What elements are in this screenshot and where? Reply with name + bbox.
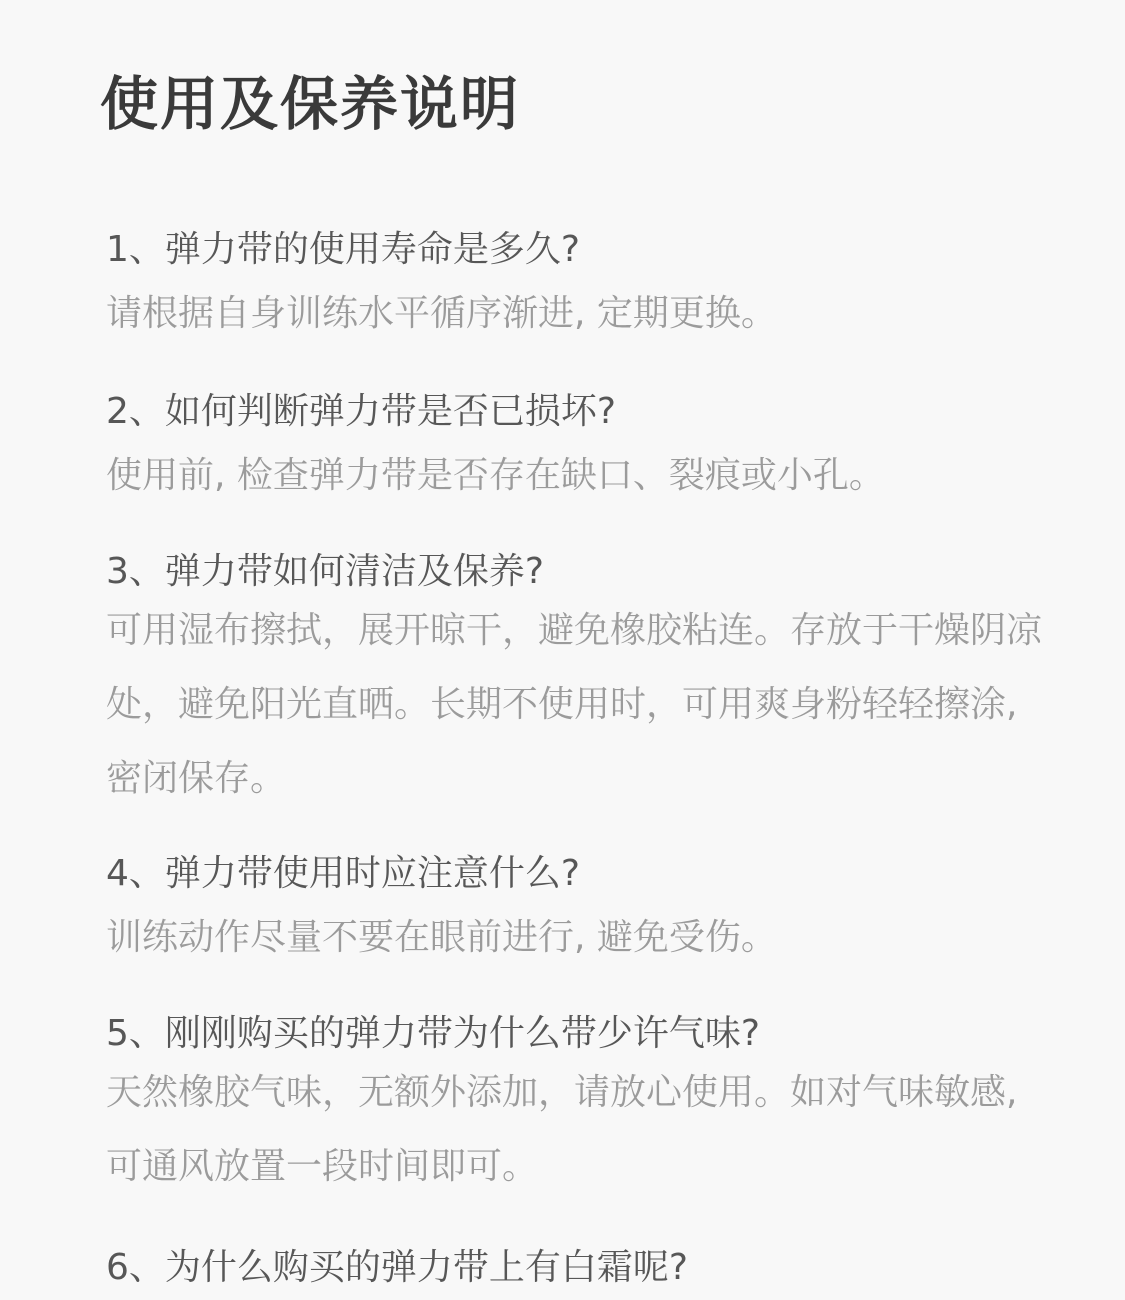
answer-5: 天然橡胶气味，无额外添加，请放心使用。如对气味敏感, 可通风放置一段时间即可。 [106,1056,1056,1204]
answer-2: 使用前, 检查弹力带是否存在缺口、裂痕或小孔。 [106,452,1056,500]
qa-item-3: 3、弹力带如何清洁及保养? 可用湿布擦拭，展开晾干，避免橡胶粘连。存放于干燥阴凉… [106,548,1056,816]
qa-item-6: 6、为什么购买的弹力带上有白霜呢? [106,1244,1056,1292]
qa-item-1: 1、弹力带的使用寿命是多久? 请根据自身训练水平循序渐进, 定期更换。 [106,226,1056,338]
qa-item-5: 5、刚刚购买的弹力带为什么带少许气味? 天然橡胶气味，无额外添加，请放心使用。如… [106,1010,1056,1204]
question-5: 5、刚刚购买的弹力带为什么带少许气味? [106,1010,1056,1058]
question-3: 3、弹力带如何清洁及保养? [106,548,1056,596]
question-4: 4、弹力带使用时应注意什么? [106,850,1056,898]
qa-item-2: 2、如何判断弹力带是否已损坏? 使用前, 检查弹力带是否存在缺口、裂痕或小孔。 [106,388,1056,500]
question-1: 1、弹力带的使用寿命是多久? [106,226,1056,274]
usage-care-instructions-page: 使用及保养说明 1、弹力带的使用寿命是多久? 请根据自身训练水平循序渐进, 定期… [0,0,1125,1300]
answer-1: 请根据自身训练水平循序渐进, 定期更换。 [106,290,1056,338]
page-title: 使用及保养说明 [100,66,520,142]
qa-item-4: 4、弹力带使用时应注意什么? 训练动作尽量不要在眼前进行, 避免受伤。 [106,850,1056,962]
answer-3: 可用湿布擦拭，展开晾干，避免橡胶粘连。存放于干燥阴凉处，避免阳光直晒。长期不使用… [106,594,1056,816]
answer-4: 训练动作尽量不要在眼前进行, 避免受伤。 [106,914,1056,962]
question-6: 6、为什么购买的弹力带上有白霜呢? [106,1244,1056,1292]
question-2: 2、如何判断弹力带是否已损坏? [106,388,1056,436]
